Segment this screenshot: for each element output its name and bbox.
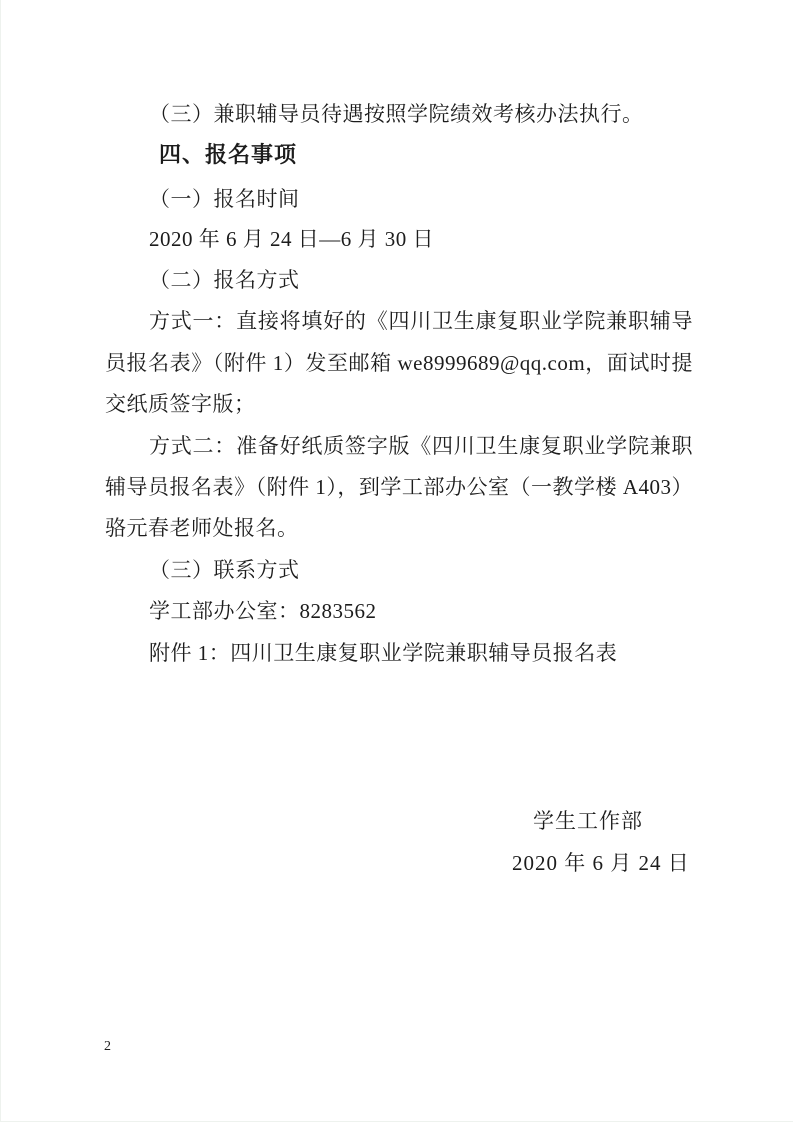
section-heading: 四、报名事项 [159,144,297,166]
paragraph-line: 辅导员报名表》（附件 1），到学工部办公室（一教学楼 A403） [105,477,693,498]
phone-line: 学工部办公室：8283562 [149,601,377,622]
document-page: （三）兼职辅导员待遇按照学院绩效考核办法执行。 四、报名事项 （一）报名时间 2… [0,0,793,1122]
paragraph-line: （三）兼职辅导员待遇按照学院绩效考核办法执行。 [149,104,644,125]
attachment-line: 附件 1：四川卫生康复职业学院兼职辅导员报名表 [149,643,617,664]
paragraph-line: 方式二：准备好纸质签字版《四川卫生康复职业学院兼职 [105,436,693,457]
paragraph-line: （三）联系方式 [149,560,300,581]
date-range-line: 2020 年 6 月 24 日—6 月 30 日 [149,229,434,250]
paragraph-line: （二）报名方式 [149,270,300,291]
page-number: 2 [104,1040,111,1054]
paragraph-line: 骆元春老师处报名。 [105,518,299,539]
paragraph-line: 方式一：直接将填好的《四川卫生康复职业学院兼职辅导 [105,311,693,332]
paragraph-line: （一）报名时间 [149,189,300,210]
paragraph-line: 员报名表》（附件 1）发至邮箱 we8999689@qq.com，面试时提 [105,353,693,374]
signature-org: 学生工作部 [533,811,643,832]
paragraph-line: 交纸质签字版； [105,394,256,415]
signature-date: 2020 年 6 月 24 日 [512,853,690,874]
